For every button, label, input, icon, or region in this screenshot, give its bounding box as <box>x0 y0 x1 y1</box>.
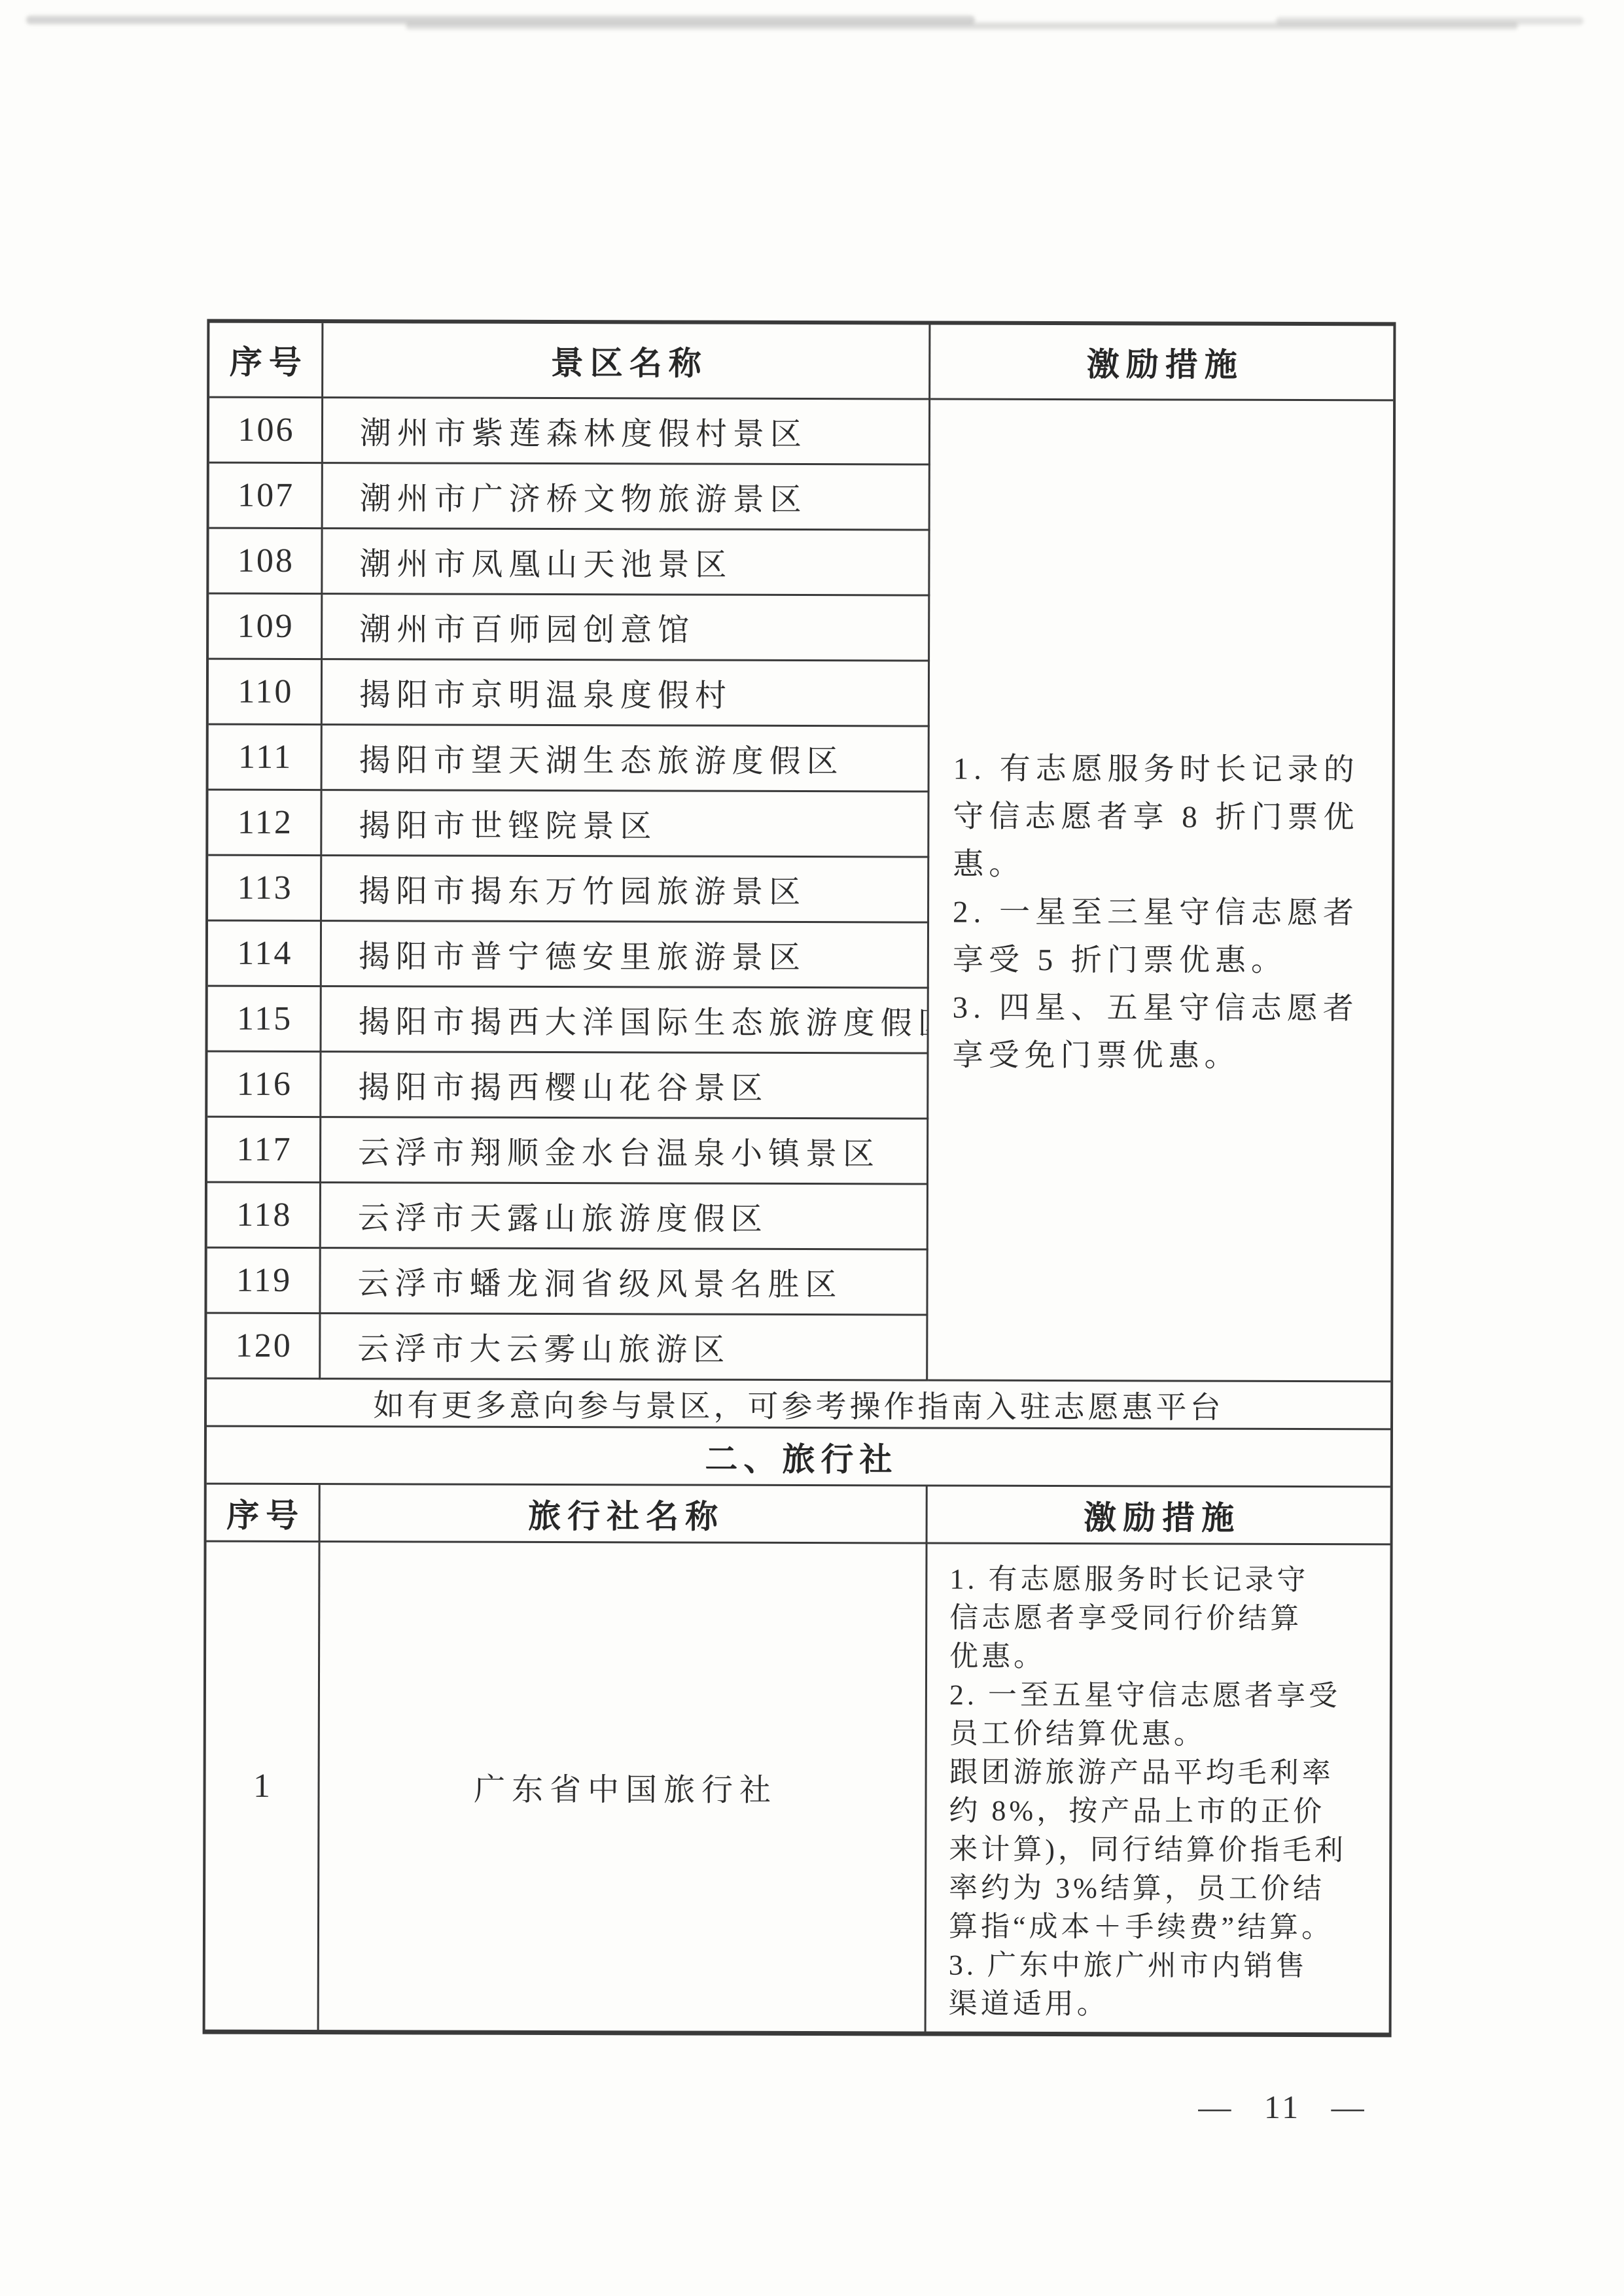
document-page: 序号 景区名称 激励措施 1. 有志愿服务时长记录的 守信志愿者享 8 折门票优… <box>0 0 1624 2296</box>
row-name: 云浮市翔顺金水台温泉小镇景区 <box>321 1118 928 1185</box>
row-no: 119 <box>207 1249 321 1314</box>
row-no: 1 <box>205 1542 321 2030</box>
row-no: 114 <box>208 922 322 987</box>
row-no: 106 <box>209 398 323 464</box>
col-header-no: 序号 <box>209 323 323 398</box>
row-name: 揭阳市京明温泉度假村 <box>323 660 930 727</box>
row-no: 108 <box>209 529 323 595</box>
row-no: 109 <box>209 595 323 660</box>
row-name: 云浮市蟠龙洞省级风景名胜区 <box>321 1249 928 1315</box>
section-title-travel-agency: 二、旅行社 <box>207 1427 1390 1488</box>
scenic-measures-text: 1. 有志愿服务时长记录的 守信志愿者享 8 折门票优 惠。 2. 一星至三星守… <box>928 400 1393 1383</box>
row-name: 揭阳市揭西樱山花谷景区 <box>321 1052 928 1119</box>
note-row: 如有更多意向参与景区，可参考操作指南入驻志愿惠平台 <box>207 1380 1390 1431</box>
row-no: 112 <box>208 791 322 856</box>
row-no: 116 <box>207 1052 321 1118</box>
row-name: 揭阳市普宁德安里旅游景区 <box>322 922 929 988</box>
col-header-measures: 激励措施 <box>930 325 1393 402</box>
col-header-measures: 激励措施 <box>928 1487 1390 1546</box>
row-no: 107 <box>209 464 323 529</box>
row-name: 广东省中国旅行社 <box>319 1542 928 2031</box>
scan-smudge <box>1276 17 1583 25</box>
col-header-no: 序号 <box>207 1485 321 1542</box>
row-no: 113 <box>208 856 322 922</box>
row-name: 潮州市紫莲森林度假村景区 <box>323 398 930 465</box>
row-name: 潮州市广济桥文物旅游景区 <box>323 464 930 531</box>
row-name: 揭阳市世铿院景区 <box>322 791 929 858</box>
row-name: 揭阳市揭西大洋国际生态旅游度假区 <box>321 987 928 1054</box>
row-name: 潮州市凤凰山天池景区 <box>323 529 930 596</box>
row-name: 揭阳市望天湖生态旅游度假区 <box>323 725 930 792</box>
row-no: 120 <box>207 1314 321 1380</box>
row-no: 110 <box>209 660 323 725</box>
col-header-scenic-name: 景区名称 <box>323 323 930 400</box>
row-name: 云浮市天露山旅游度假区 <box>321 1183 928 1250</box>
row-name: 云浮市大云雾山旅游区 <box>321 1314 928 1381</box>
col-header-agency-name: 旅行社名称 <box>321 1485 928 1544</box>
page-number: — 11 — <box>1184 2088 1381 2126</box>
row-no: 117 <box>207 1118 321 1183</box>
incentive-table: 序号 景区名称 激励措施 1. 有志愿服务时长记录的 守信志愿者享 8 折门票优… <box>203 319 1396 2038</box>
row-name: 揭阳市揭东万竹园旅游景区 <box>322 856 929 923</box>
row-no: 115 <box>208 987 322 1052</box>
row-no: 111 <box>209 725 323 791</box>
agency-measures-text: 1. 有志愿服务时长记录守 信志愿者享受同行价结算 优惠。 2. 一至五星守信志… <box>927 1544 1390 2033</box>
row-no: 118 <box>207 1183 321 1249</box>
row-name: 潮州市百师园创意馆 <box>323 595 930 661</box>
